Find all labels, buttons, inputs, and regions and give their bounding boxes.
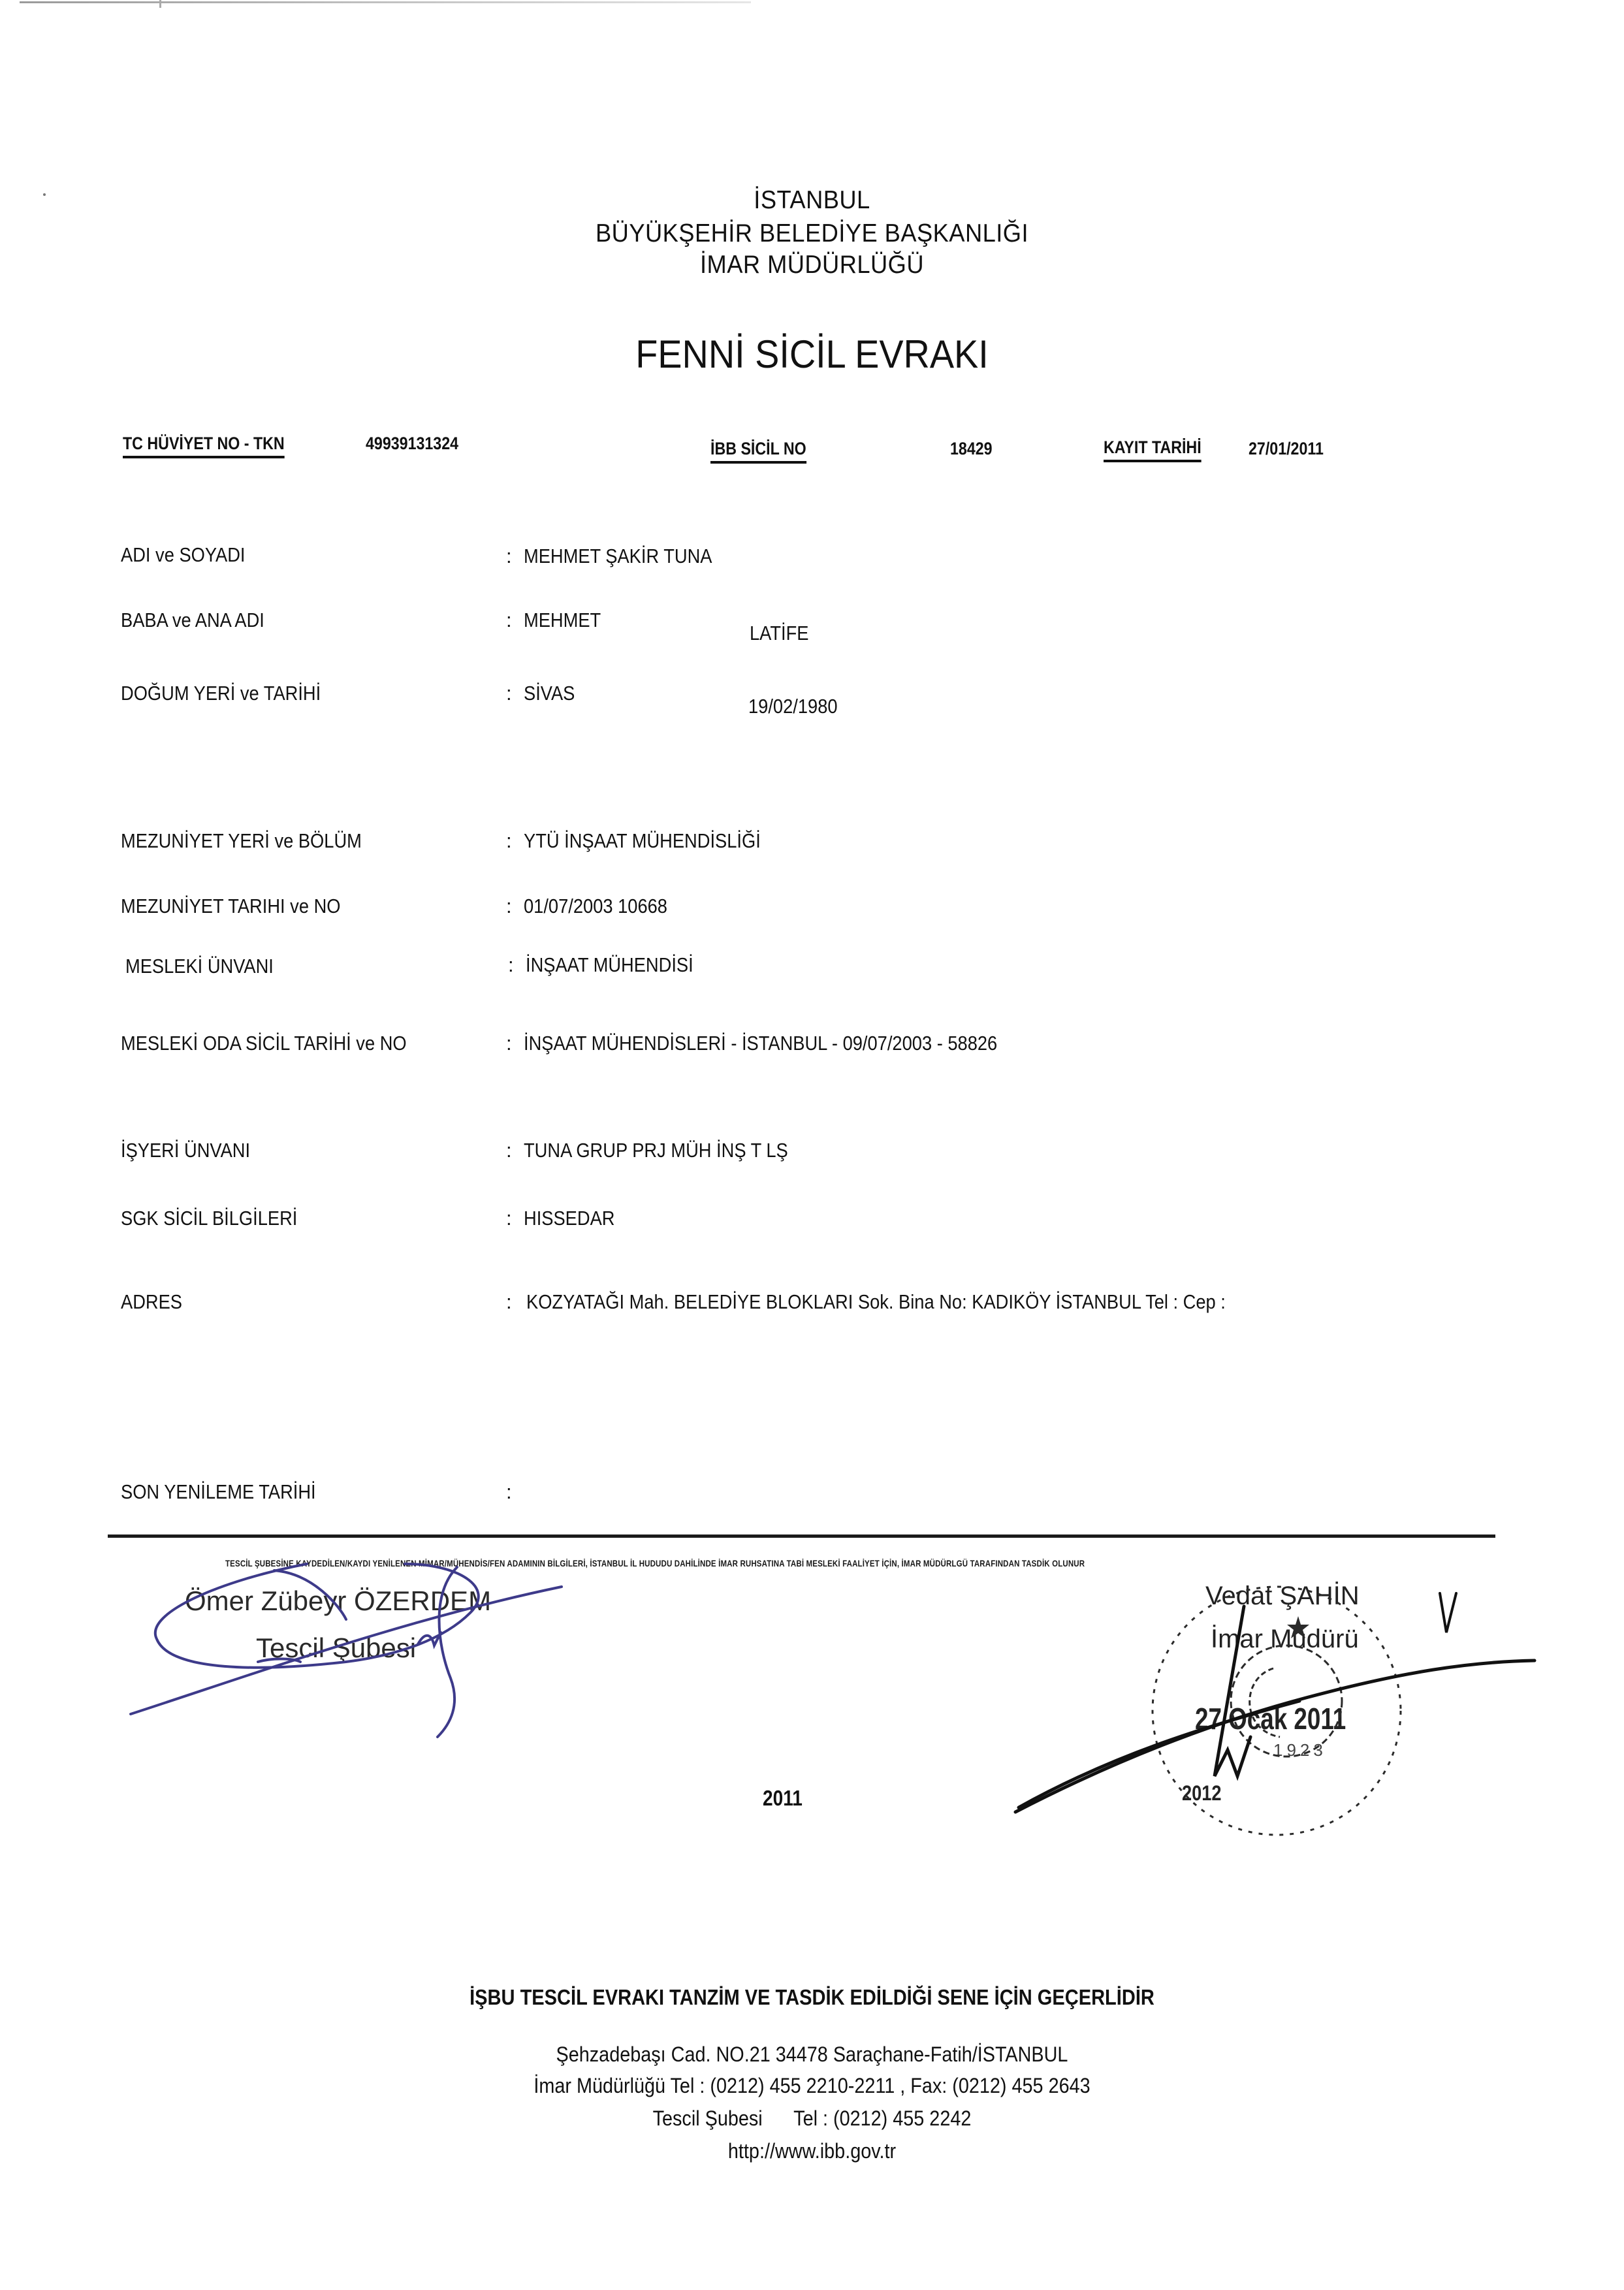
- footer-imar-contact: İmar Müdürlüğü Tel : (0212) 455 2210-221…: [81, 2074, 1542, 2098]
- field-colon: :: [506, 1139, 512, 1162]
- stamp-validity-year: 2012: [1182, 1781, 1222, 1805]
- scan-artifact-line: [20, 1, 751, 3]
- birth-place-value: SİVAS: [524, 682, 575, 705]
- certification-notice: TESCİL ŞUBESİNE KAYDEDİLEN/KAYDI YENİLEN…: [225, 1558, 1085, 1568]
- field-colon: :: [506, 829, 512, 853]
- field-value: KOZYATAĞI Mah. BELEDİYE BLOKLARI Sok. Bi…: [526, 1290, 1226, 1314]
- validity-notice: İŞBU TESCİL EVRAKI TANZİM VE TASDİK EDİL…: [97, 1985, 1527, 2010]
- field-label: DOĞUM YERİ ve TARİHİ: [121, 682, 321, 705]
- field-label: SGK SİCİL BİLGİLERİ: [121, 1207, 297, 1230]
- right-signatory-title: İmar Müdürü: [1211, 1625, 1359, 1654]
- field-value: HISSEDAR: [524, 1207, 614, 1230]
- field-value: MEHMET ŞAKİR TUNA: [524, 545, 712, 568]
- stamp-date: 27 Ocak 2011: [1195, 1701, 1346, 1736]
- field-colon: :: [506, 682, 512, 705]
- field-value: İNŞAAT MÜHENDİSİ: [526, 953, 693, 977]
- field-label: MESLEKİ ODA SİCİL TARİHİ ve NO: [121, 1032, 407, 1055]
- field-label: MEZUNİYET TARIHI ve NO: [121, 895, 341, 918]
- field-value: TUNA GRUP PRJ MÜH İNŞ T LŞ: [524, 1139, 788, 1162]
- field-colon: :: [506, 1480, 512, 1504]
- field-colon: :: [506, 1032, 512, 1055]
- birth-date-value: 19/02/1980: [748, 695, 838, 718]
- field-label: ADRES: [121, 1290, 182, 1314]
- issue-year: 2011: [763, 1786, 803, 1811]
- father-name-value: MEHMET: [524, 609, 601, 632]
- footer-tescil-contact: Tescil Şubesi Tel : (0212) 455 2242: [81, 2107, 1542, 2131]
- ibb-registry-value: 18429: [950, 439, 993, 459]
- document-title: FENNİ SİCİL EVRAKI: [57, 332, 1567, 377]
- section-divider: [108, 1535, 1495, 1538]
- field-label: ADI ve SOYADI: [121, 543, 246, 567]
- tc-id-value: 49939131324: [366, 434, 458, 454]
- field-colon: :: [508, 953, 514, 977]
- field-label: BABA ve ANA ADI: [121, 609, 264, 632]
- scan-artifact-mark: [159, 0, 161, 8]
- header-department: İMAR MÜDÜRLÜĞÜ: [57, 251, 1567, 279]
- footer-website-link[interactable]: http://www.ibb.gov.tr: [81, 2139, 1542, 2163]
- registration-date-value: 27/01/2011: [1249, 439, 1324, 459]
- registration-date-label: KAYIT TARİHİ: [1104, 437, 1202, 462]
- left-signatory-name: Ömer Zübeyr ÖZERDEM: [185, 1585, 491, 1617]
- field-label: MESLEKİ ÜNVANI: [125, 955, 274, 978]
- field-label: İŞYERİ ÜNVANI: [121, 1139, 250, 1162]
- field-colon: :: [506, 1290, 512, 1314]
- field-value: 01/07/2003 10668: [524, 895, 667, 918]
- field-colon: :: [506, 609, 512, 632]
- mother-name-value: LATİFE: [750, 622, 808, 645]
- field-value: YTÜ İNŞAAT MÜHENDİSLİĞİ: [524, 829, 761, 853]
- footer-address: Şehzadebaşı Cad. NO.21 34478 Saraçhane-F…: [81, 2043, 1542, 2067]
- stamp-inner-year: 1923: [1273, 1740, 1327, 1760]
- field-colon: :: [506, 1207, 512, 1230]
- left-signatory-title: Tescil Şubesi: [256, 1632, 416, 1664]
- field-colon: :: [506, 895, 512, 918]
- tc-id-label: TC HÜVİYET NO - TKN: [123, 434, 285, 458]
- field-colon: :: [506, 545, 512, 568]
- ibb-registry-label: İBB SİCİL NO: [710, 439, 806, 464]
- field-label: SON YENİLEME TARİHİ: [121, 1480, 316, 1504]
- scan-speck: [43, 193, 46, 196]
- field-label: MEZUNİYET YERİ ve BÖLÜM: [121, 829, 362, 853]
- right-signatory-name: Vedat ŞAHİN: [1205, 1582, 1360, 1611]
- field-value: İNŞAAT MÜHENDİSLERİ - İSTANBUL - 09/07/2…: [524, 1032, 997, 1055]
- header-city: İSTANBUL: [57, 186, 1567, 215]
- header-municipality: BÜYÜKŞEHİR BELEDİYE BAŞKANLIĞI: [57, 219, 1567, 248]
